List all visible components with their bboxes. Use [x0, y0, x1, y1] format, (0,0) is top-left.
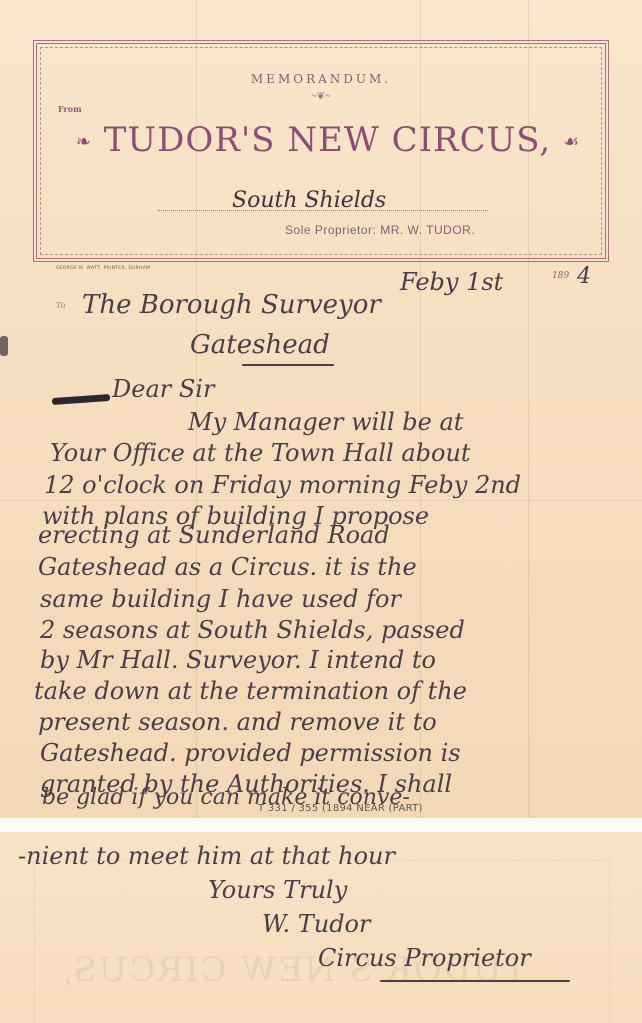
place-handwritten: South Shields	[232, 188, 386, 213]
fold-crease	[0, 500, 642, 501]
body-line: 2 seasons at South Shields, passed	[40, 618, 465, 642]
body-line: Your Office at the Town Hall about	[50, 441, 471, 465]
printer-credit: GEORGE M. WATT, PRINTER, DURHAM	[56, 266, 150, 271]
recipient-town: Gateshead	[190, 330, 330, 360]
archive-reference: T 331 / 355 (1894 NEAR (PART)	[258, 803, 423, 814]
body-line: same building I have used for	[40, 587, 401, 611]
body-line: by Mr Hall. Surveyor. I intend to	[40, 648, 436, 672]
signature-underline	[380, 980, 570, 982]
continuation-line: -nient to meet him at that hour	[18, 844, 395, 868]
memorandum-heading: MEMORANDUM.	[0, 72, 642, 86]
body-line: My Manager will be at	[188, 410, 463, 434]
ink-mark	[0, 336, 8, 356]
town-underline	[242, 364, 334, 366]
date-handwritten: Feby 1st	[400, 268, 503, 296]
signature-title: Circus Proprietor	[318, 946, 531, 970]
body-line: 12 o'clock on Friday morning Feby 2nd	[44, 473, 521, 497]
ink-blot	[52, 394, 110, 405]
from-label: From	[58, 104, 82, 114]
body-line: Gateshead as a Circus. it is the	[38, 555, 417, 579]
page-separator	[0, 818, 642, 832]
company-name: ❧ TUDOR'S NEW CIRCUS, ☙	[58, 120, 598, 160]
letter-page-1: MEMORANDUM. ~❦~ From ❧ TUDOR'S NEW CIRCU…	[0, 0, 642, 818]
body-line: erecting at Sunderland Road	[38, 523, 390, 547]
body-line: Gateshead. provided permission is	[40, 741, 461, 765]
signature: W. Tudor	[262, 912, 370, 936]
body-line: present season. and remove it to	[38, 710, 437, 734]
body-line: take down at the termination of the	[34, 679, 467, 703]
flourish-ornament: ~❦~	[276, 94, 366, 100]
year-handwritten: 4	[577, 264, 591, 289]
ornament-right-icon: ☙	[563, 132, 580, 153]
ornament-left-icon: ❧	[76, 132, 92, 153]
year-printed: 189	[552, 271, 569, 281]
to-label: To	[56, 301, 66, 310]
company-title: TUDOR'S NEW CIRCUS,	[104, 120, 551, 160]
sole-proprietor: Sole Proprietor: MR. W. TUDOR.	[285, 223, 475, 237]
closing: Yours Truly	[208, 878, 347, 902]
salutation: Dear Sir	[112, 375, 214, 403]
recipient: The Borough Surveyor	[82, 290, 381, 320]
letter-page-2: TUDOR'S NEW CIRCUS, -nient to meet him a…	[0, 832, 642, 1023]
